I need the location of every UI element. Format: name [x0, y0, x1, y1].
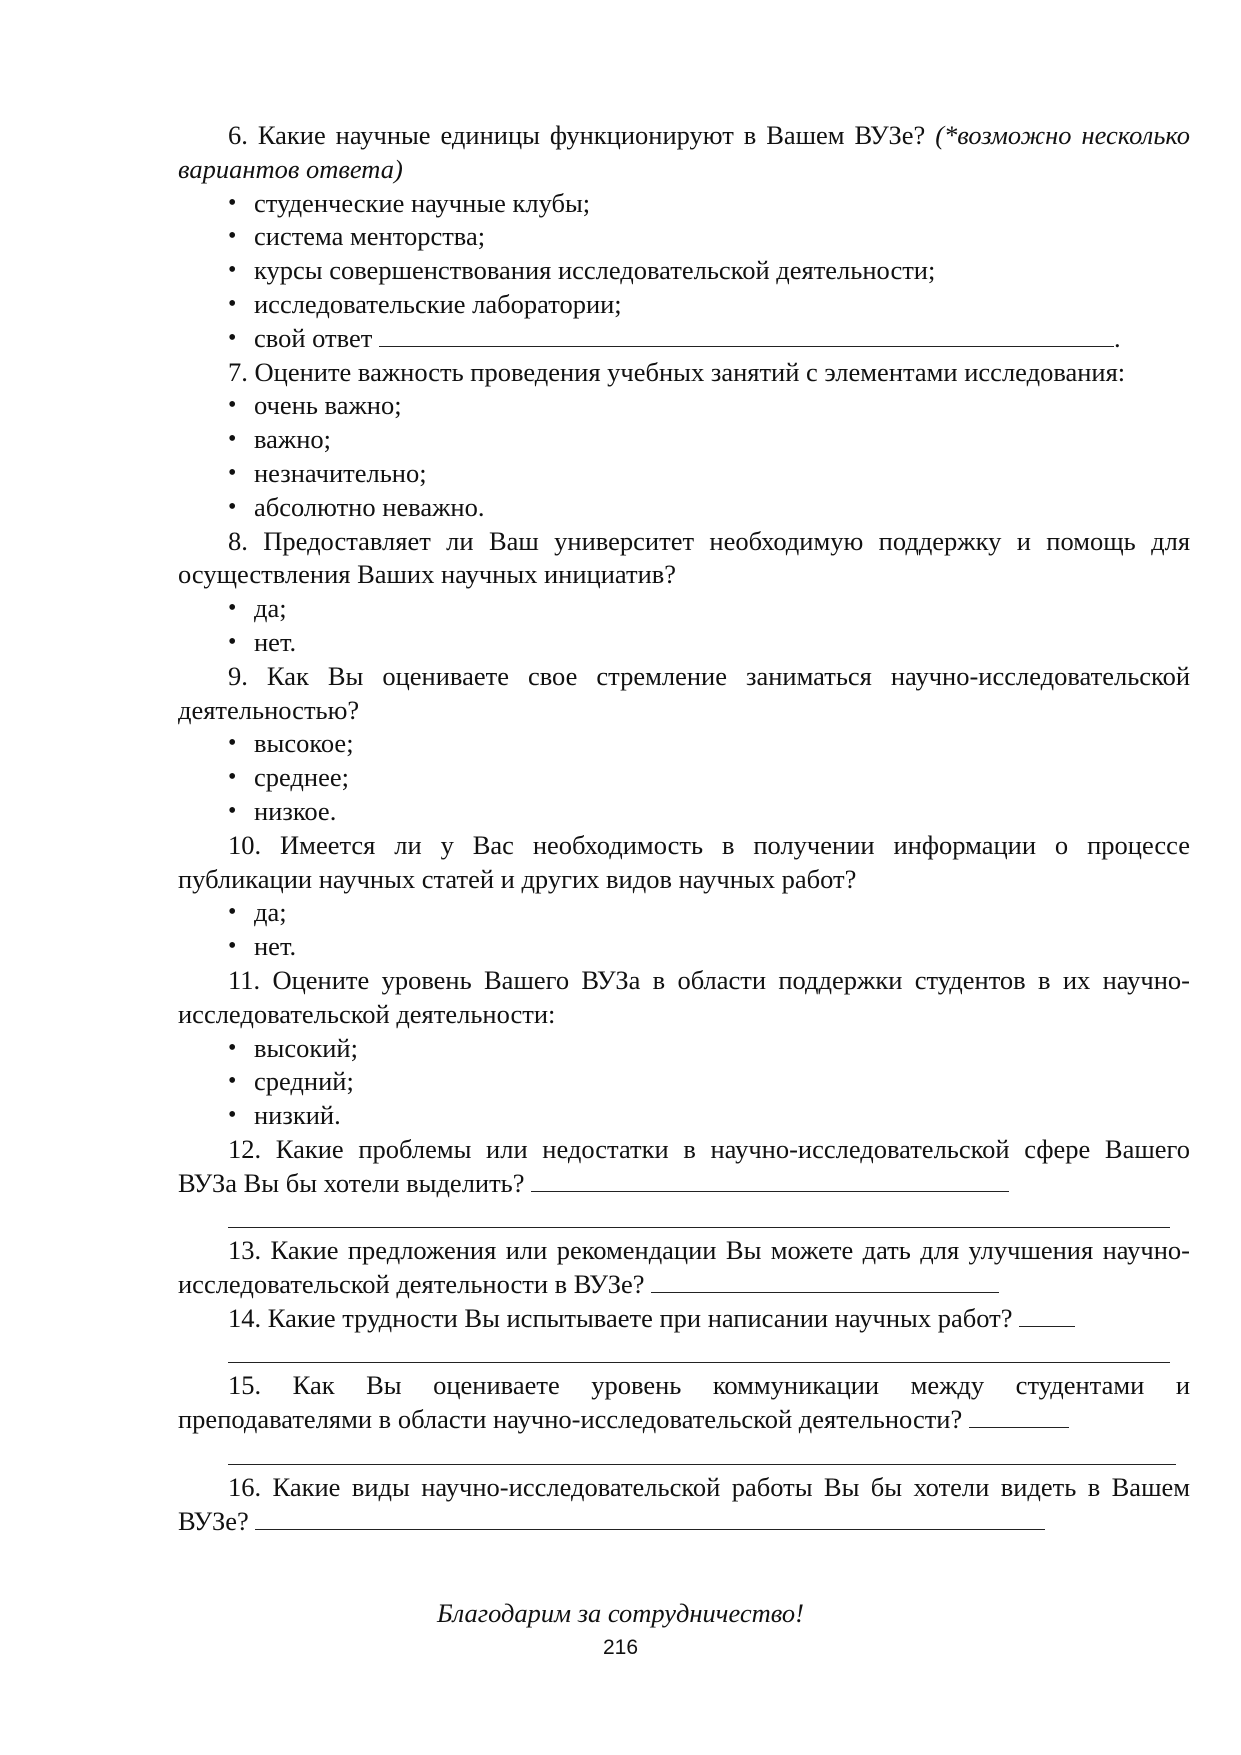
- option[interactable]: курсы совершенствования исследовательско…: [178, 254, 1190, 288]
- text: высокий;: [254, 1033, 358, 1063]
- text: студенческие научные клубы;: [254, 188, 590, 218]
- options-10: да; нет.: [178, 896, 1190, 964]
- option[interactable]: исследовательские лаборатории;: [178, 288, 1190, 322]
- option[interactable]: высокое;: [178, 727, 1190, 761]
- option[interactable]: высокий;: [178, 1032, 1190, 1066]
- page-number: 216: [0, 1636, 1241, 1660]
- answer-blank-14[interactable]: [1019, 1302, 1075, 1327]
- text: нет.: [254, 627, 296, 657]
- text: незначительно;: [254, 458, 427, 488]
- option[interactable]: среднее;: [178, 761, 1190, 795]
- text: низкое.: [254, 796, 336, 826]
- option[interactable]: важно;: [178, 423, 1190, 457]
- text: исследовательские лаборатории;: [254, 289, 622, 319]
- question-11: 11. Оцените уровень Вашего ВУЗа в област…: [178, 964, 1190, 1032]
- option[interactable]: низкое.: [178, 795, 1190, 829]
- text: 13.: [228, 1235, 261, 1265]
- question-10: 10. Имеется ли у Вас необходимость в пол…: [178, 829, 1190, 897]
- option[interactable]: средний;: [178, 1065, 1190, 1099]
- question-13: 13. Какие предложения или рекомендации В…: [178, 1234, 1190, 1302]
- question-8: 8. Предоставляет ли Ваш университет необ…: [178, 525, 1190, 593]
- option[interactable]: да;: [178, 592, 1190, 626]
- text: 7.: [228, 357, 248, 387]
- option[interactable]: студенческие научные клубы;: [178, 187, 1190, 221]
- answer-blank-12[interactable]: [531, 1167, 1009, 1192]
- text: Оцените важность проведения учебных заня…: [255, 357, 1126, 387]
- text: 16.: [228, 1472, 261, 1502]
- option[interactable]: очень важно;: [178, 389, 1190, 423]
- text: Оцените уровень Вашего ВУЗа в области по…: [178, 965, 1190, 1029]
- text: 8.: [228, 526, 248, 556]
- option[interactable]: система менторства;: [178, 220, 1190, 254]
- answer-blank-15[interactable]: [969, 1403, 1069, 1428]
- text: Как Вы оцениваете свое стремление занима…: [178, 661, 1190, 725]
- options-11: высокий; средний; низкий.: [178, 1032, 1190, 1133]
- closing-thanks: Благодарим за сотрудничество!: [0, 1598, 1241, 1629]
- answer-blank-13[interactable]: [651, 1268, 999, 1293]
- option[interactable]: нет.: [178, 626, 1190, 660]
- question-text: Какие научные единицы функционируют в Ва…: [258, 120, 925, 150]
- question-15: 15. Как Вы оцениваете уровень коммуникац…: [178, 1369, 1190, 1437]
- answer-blank-16[interactable]: [255, 1505, 1045, 1530]
- questionnaire-page: 6. Какие научные единицы функционируют в…: [178, 119, 1190, 1538]
- answer-line-12[interactable]: [178, 1201, 1190, 1235]
- answer-line-14[interactable]: [178, 1336, 1190, 1370]
- text: средний;: [254, 1066, 354, 1096]
- option[interactable]: абсолютно неважно.: [178, 491, 1190, 525]
- text: да;: [254, 897, 287, 927]
- question-16: 16. Какие виды научно-исследовательской …: [178, 1471, 1190, 1539]
- question-7: 7. Оцените важность проведения учебных з…: [178, 356, 1190, 390]
- options-6: студенческие научные клубы; система мент…: [178, 187, 1190, 356]
- options-8: да; нет.: [178, 592, 1190, 660]
- text: Предоставляет ли Ваш университет необход…: [178, 526, 1190, 590]
- text: абсолютно неважно.: [254, 492, 484, 522]
- text: 12.: [228, 1134, 261, 1164]
- option[interactable]: низкий.: [178, 1099, 1190, 1133]
- text: 11.: [228, 965, 260, 995]
- option[interactable]: незначительно;: [178, 457, 1190, 491]
- text: Какие трудности Вы испытываете при напис…: [268, 1303, 1013, 1333]
- question-12: 12. Какие проблемы или недостатки в науч…: [178, 1133, 1190, 1201]
- text: низкий.: [254, 1100, 341, 1130]
- question-14: 14. Какие трудности Вы испытываете при н…: [178, 1302, 1190, 1336]
- question-number: 6.: [228, 120, 248, 150]
- text: да;: [254, 593, 287, 623]
- options-7: очень важно; важно; незначительно; абсол…: [178, 389, 1190, 524]
- text: 10.: [228, 830, 261, 860]
- text: среднее;: [254, 762, 349, 792]
- text: высокое;: [254, 728, 354, 758]
- text: 9.: [228, 661, 248, 691]
- text: 15.: [228, 1370, 261, 1400]
- text: курсы совершенствования исследовательско…: [254, 255, 935, 285]
- option-own-answer[interactable]: свой ответ .: [178, 322, 1190, 356]
- text: свой ответ: [254, 323, 372, 353]
- text: система менторства;: [254, 221, 485, 251]
- question-6: 6. Какие научные единицы функционируют в…: [178, 119, 1190, 187]
- option[interactable]: нет.: [178, 930, 1190, 964]
- text: нет.: [254, 931, 296, 961]
- own-answer-blank[interactable]: [379, 322, 1114, 347]
- question-9: 9. Как Вы оцениваете свое стремление зан…: [178, 660, 1190, 728]
- text: 14.: [228, 1303, 261, 1333]
- answer-line-15[interactable]: [178, 1437, 1190, 1471]
- text: Имеется ли у Вас необходимость в получен…: [178, 830, 1190, 894]
- options-9: высокое; среднее; низкое.: [178, 727, 1190, 828]
- text: важно;: [254, 424, 331, 454]
- text: очень важно;: [254, 390, 402, 420]
- option[interactable]: да;: [178, 896, 1190, 930]
